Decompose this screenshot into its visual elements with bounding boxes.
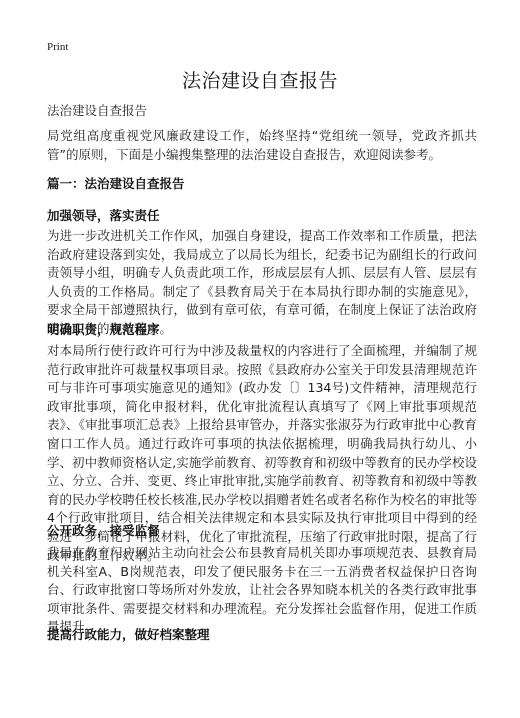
print-link[interactable]: Print [47,41,68,53]
section-paragraph: 我局在教育门户网站主动向社会公布县教育局机关即办事项规范表、县教育局机关科室A、… [47,544,477,637]
intro-paragraph: 局党组高度重视党风廉政建设工作，始终坚持“党组统一领导，党政齐抓共管”的原则，下… [47,127,477,164]
document-subtitle: 法治建设自查报告 [47,101,147,119]
section-heading: 提高行政能力，做好档案整理 [47,625,210,643]
section-heading: 明确职责，规范程序 [47,320,160,338]
section-heading: 加强领导，落实责任 [47,206,160,224]
part-heading: 篇一：法治建设自查报告 [47,174,185,192]
document-title: 法治建设自查报告 [47,66,473,93]
section-heading: 公开政务，接受监督 [47,521,160,539]
